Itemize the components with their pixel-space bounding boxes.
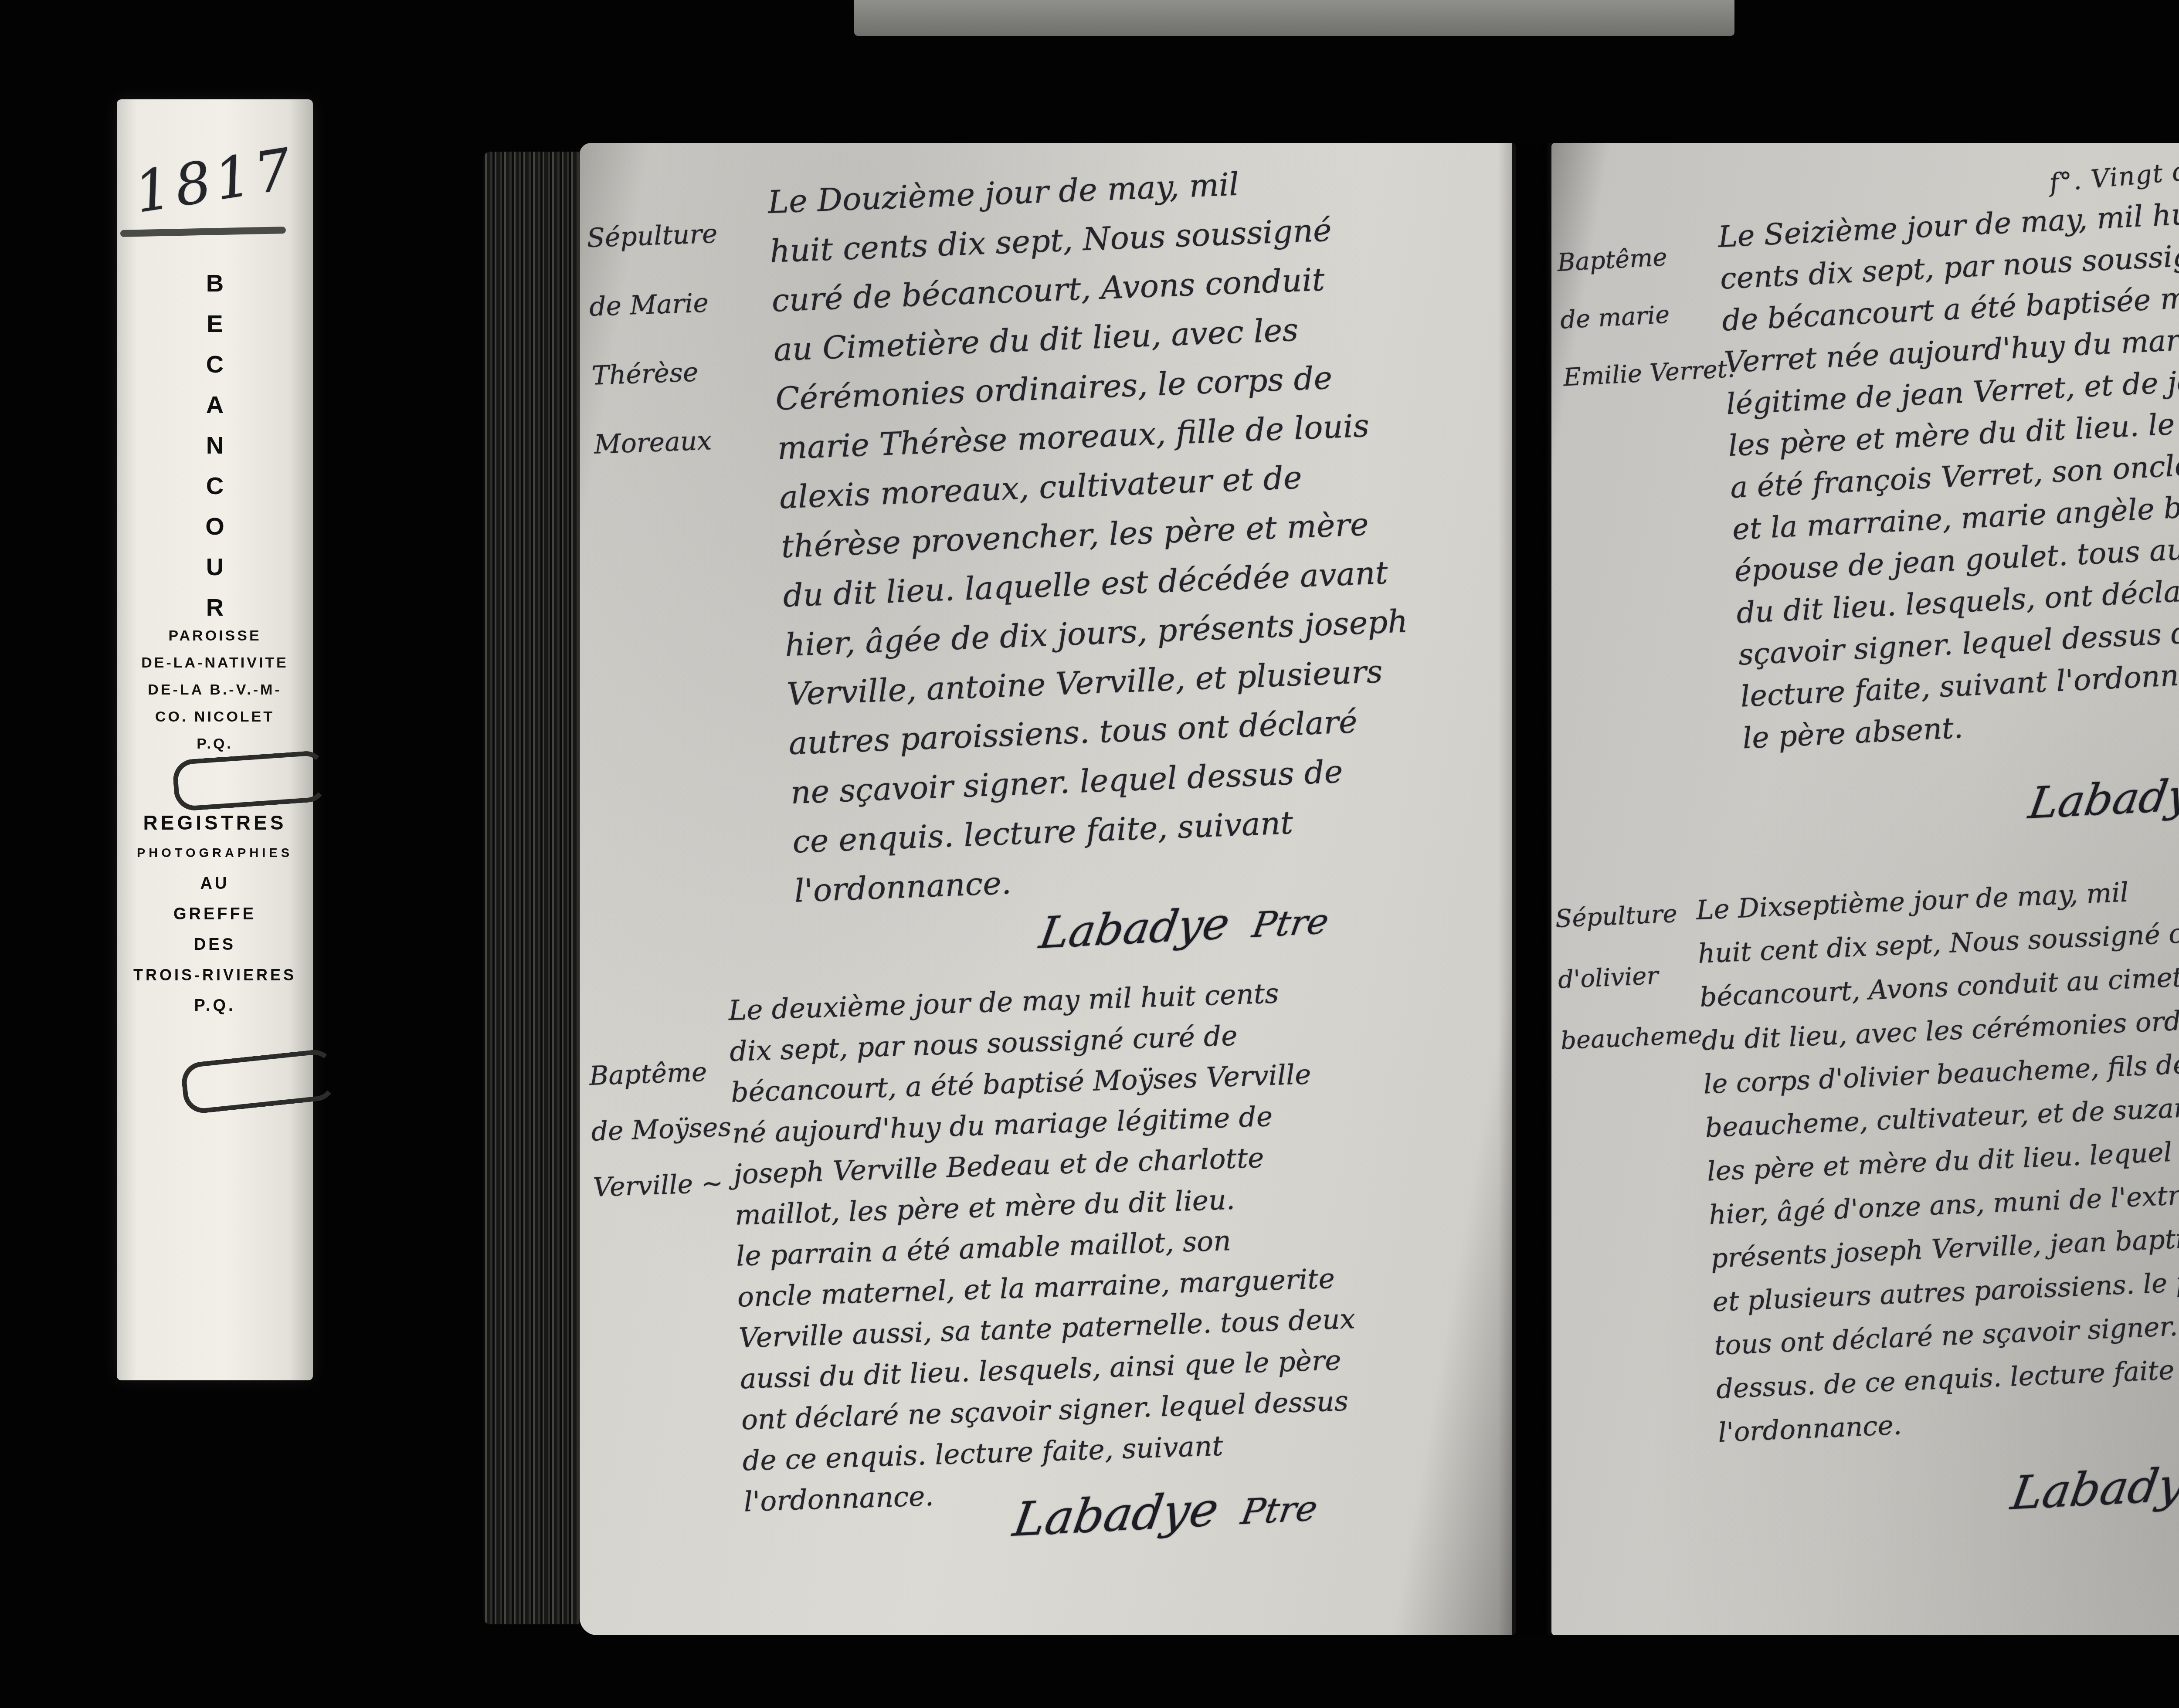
registry-note-line: GREFFE bbox=[117, 899, 313, 929]
register-page-right: f°. Vingt deuxième Baptêmede marieEmilie… bbox=[1551, 143, 2179, 1635]
registry-note-line: REGISTRES bbox=[117, 807, 313, 838]
registry-note-line: DES bbox=[117, 929, 313, 960]
label-divider bbox=[120, 227, 286, 237]
signature-name: Labadye bbox=[1010, 1482, 1222, 1547]
register-book: Sépulturede MarieThérèseMoreaux Le Douzi… bbox=[483, 143, 2179, 1635]
signature-name: Labadye bbox=[2008, 1456, 2179, 1520]
vertical-title-letter: B bbox=[117, 263, 313, 303]
signature-title: Ptre bbox=[1249, 901, 1331, 945]
margin-note-baptism-verville: Baptêmede MoÿsesVerville ~ bbox=[588, 1044, 734, 1216]
margin-note-line: de Moÿses bbox=[590, 1099, 732, 1160]
margin-note-line: Verville ~ bbox=[592, 1155, 734, 1216]
margin-note-line: beaucheme bbox=[1559, 1005, 1704, 1072]
registry-note-line: TROIS-RIVIERES bbox=[117, 960, 313, 990]
year-label: 1817 bbox=[130, 135, 299, 226]
margin-note-line: d'olivier bbox=[1557, 944, 1701, 1011]
film-frame-band bbox=[854, 0, 1734, 36]
margin-note-line: Sépulture bbox=[1554, 883, 1698, 950]
registry-note-line: AU bbox=[117, 868, 313, 899]
margin-note-line: Emilie Verret. bbox=[1562, 340, 1736, 407]
margin-note-line: de Marie bbox=[588, 268, 721, 341]
vertical-title-letter: O bbox=[117, 506, 313, 546]
archival-spine-label: 1817 BECANCOUR PAROISSEDE-LA-NATIVITEDE-… bbox=[117, 99, 313, 1380]
margin-note-line: de marie bbox=[1559, 283, 1733, 349]
margin-note-line: Baptême bbox=[588, 1044, 730, 1104]
registry-note-line: PHOTOGRAPHIES bbox=[117, 838, 313, 868]
margin-note-burial-moreaux: Sépulturede MarieThérèseMoreaux bbox=[586, 200, 726, 479]
parish-name-line: DE-LA-NATIVITE bbox=[117, 649, 313, 676]
margin-note-burial-beaucheme: Sépultured'olivierbeaucheme bbox=[1554, 883, 1704, 1072]
vertical-title-letter: N bbox=[117, 425, 313, 465]
registry-note-line: P.Q. bbox=[117, 990, 313, 1021]
baptism-act-marie-emilie-verret: Le Seizième jour de may, mil huitcents d… bbox=[1717, 186, 2179, 759]
parish-name-line: CO. NICOLET bbox=[117, 703, 313, 730]
paperclip-icon bbox=[172, 750, 328, 812]
priest-signature: LabadyePtre bbox=[2008, 1451, 2179, 1520]
vertical-title-letter: C bbox=[117, 465, 313, 506]
register-page-left: Sépulturede MarieThérèseMoreaux Le Douzi… bbox=[580, 143, 1516, 1635]
margin-note-line: Sépulture bbox=[586, 200, 719, 273]
margin-note-line: Moreaux bbox=[593, 406, 726, 479]
vertical-title-letter: U bbox=[117, 546, 313, 587]
margin-note-baptism-verret: Baptêmede marieEmilie Verret. bbox=[1556, 225, 1736, 407]
parish-name-line: DE-LA B.-V.-M- bbox=[117, 676, 313, 703]
vertical-title-becancour: BECANCOUR bbox=[117, 263, 313, 627]
parish-name-line: PAROISSE bbox=[117, 622, 313, 649]
folio-number-label: f°. Vingt deuxième bbox=[2048, 146, 2179, 198]
margin-note-line: Thérèse bbox=[591, 337, 723, 410]
burial-act-olivier-beaucheme: Le Dixseptième jour de may, milhuit cent… bbox=[1695, 860, 2179, 1455]
parish-name-block: PAROISSEDE-LA-NATIVITEDE-LA B.-V.-M-CO. … bbox=[117, 622, 313, 757]
vertical-title-letter: A bbox=[117, 384, 313, 425]
baptism-act-moyses-verville: Le deuxième jour de may mil huit centsdi… bbox=[728, 971, 1361, 1523]
margin-note-line: Baptême bbox=[1556, 225, 1730, 291]
burial-act-marie-therese-moreaux: Le Douzième jour de may, milhuit cents d… bbox=[767, 154, 1418, 916]
signature-name: Labadye bbox=[2025, 768, 2179, 829]
vertical-title-letter: R bbox=[117, 587, 313, 627]
page-edge-stack bbox=[483, 152, 580, 1624]
priest-signature: LabadyePtre bbox=[2025, 763, 2179, 829]
signature-title: Ptre bbox=[1239, 1488, 1320, 1532]
paperclip-icon bbox=[180, 1048, 338, 1115]
microfilm-frame: { "colors": { "film_background": "#03030… bbox=[0, 0, 2179, 1708]
registry-note-block: REGISTRESPHOTOGRAPHIESAUGREFFEDESTROIS-R… bbox=[117, 807, 313, 1021]
signature-name: Labadye bbox=[1036, 898, 1233, 959]
vertical-title-letter: C bbox=[117, 344, 313, 384]
vertical-title-letter: E bbox=[117, 303, 313, 344]
